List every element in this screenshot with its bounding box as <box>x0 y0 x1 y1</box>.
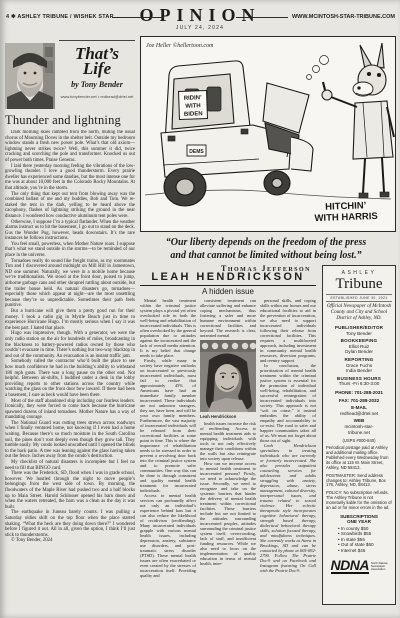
article-body: Dark morning skies rambled from the nort… <box>5 130 135 592</box>
ndna-logo: NDNA North DakotaNewspaperAssociation <box>326 558 392 574</box>
text-line: POSTMASTER: Send address changes to: Ash… <box>326 474 392 489</box>
editorial-cartoon-drawing: Joe Heller ©hellertoon.com <box>141 37 395 231</box>
text-line: Mental health treatment within the crimi… <box>140 298 196 358</box>
newspaper-opinion-page: 4 ✱ ASHLEY TRIBUNE / WISHEK STAR OPINION… <box>0 0 400 618</box>
text-line: PHONE: 701-288-2031 <box>326 390 392 396</box>
text-line: The earthquake in Juneau barely counts. … <box>5 510 135 538</box>
ndna-association-text: North DakotaNewspaperAssociation <box>371 562 387 572</box>
leah-hendrickson-article: LEAH HENDRICKSON A hidden issue Mental h… <box>140 271 316 600</box>
text-line: There was the Frederick, SD, flood when … <box>5 471 135 510</box>
masthead-paper-name: Tribune <box>326 277 392 292</box>
text-line: Dark morning skies rambled from the nort… <box>5 130 135 164</box>
text-line: Otherwise, I suppose I’m a typical flatl… <box>5 220 135 242</box>
column2-bottom: health issues increase the risk of reoff… <box>200 421 256 566</box>
subscriptions-subtitle: ONE YEAR <box>326 519 392 525</box>
text-line: Periodical postage paid at Ashley and ad… <box>326 446 392 471</box>
text-line: Most of the staff abandoned ship includi… <box>5 399 135 421</box>
text-line: Tornadoes really do sound like freight t… <box>5 259 135 309</box>
official-newspaper-note: Official Newspaper of McIntosh County an… <box>326 304 392 322</box>
header-rule-left <box>112 17 164 18</box>
column2-top: consistent treatment can alleviate suffe… <box>200 298 256 338</box>
dems-license-plate: DEMS <box>187 145 206 156</box>
header-underline <box>140 285 316 286</box>
sticker-line3: BIDEN <box>184 111 203 118</box>
democrat-donkey <box>322 43 394 198</box>
leah-hendrickson-photo <box>200 340 256 412</box>
column-title: That’s Life <box>59 46 135 76</box>
text-line: Somebody called the contractor who’d bui… <box>5 359 135 398</box>
usps-number: (USPS #000-840) <box>326 438 392 443</box>
text-line: But a hurricane will give them a pretty … <box>5 309 135 331</box>
legal-block: Periodical postage paid at Ashley and ad… <box>326 446 392 511</box>
text-line: POLICY: No subscription refunds. The Ash… <box>326 491 392 511</box>
tony-bender-photo <box>5 43 55 109</box>
column-byline: by Tony Bender <box>59 80 135 89</box>
thats-life-title-block: That’s Life by Tony Bender www.tonybende… <box>59 43 135 109</box>
plate-text: DEMS <box>189 149 204 155</box>
masthead-established: ESTABLISHED JUNE 30, 1921 <box>326 294 392 302</box>
cartoonist-signature: Joe Heller ©hellertoon.com <box>146 42 214 49</box>
text-line: redhead@drtel.net <box>326 411 392 417</box>
columnist-name-header: LEAH HENDRICKSON <box>140 271 316 283</box>
article-subheadline: A hidden issue <box>140 287 316 296</box>
text-line: In conclusion, the prioritization of men… <box>260 363 316 443</box>
subscription-rates: • In county $50• Snowbirds $55• In state… <box>326 526 392 554</box>
cartoon-caption: HITCHIN’ WITH HARRIS <box>314 200 378 224</box>
column-title-line2: Life <box>59 61 135 76</box>
author-bio: Leah Hendrickson specializes in treating… <box>260 443 316 573</box>
text-line: The National Guard was cutting trees str… <box>5 421 135 460</box>
photo-caption: Leah Hendrickson <box>200 414 256 419</box>
text-line: tribune.net <box>326 430 392 436</box>
author-contact: www.tonybender.net • redhead@drtel.net <box>59 94 135 99</box>
issue-date: JULY 24, 2024 <box>0 25 400 31</box>
article-column-2: consistent treatment can alleviate suffe… <box>200 298 256 600</box>
text-line: I laid there yesterday morning feeling t… <box>5 164 135 192</box>
column3-body: personal skills, and coping skills withi… <box>260 298 316 443</box>
article-columns: Mental health treatment within the crimi… <box>140 298 316 600</box>
subscriptions-block: SUBSCRIPTIONS ONE YEAR • In county $50• … <box>326 514 392 554</box>
text-line: Tony Bender <box>326 331 392 337</box>
quote-line1: “Our liberty depends on the freedom of t… <box>134 237 398 250</box>
text-line: Firstly, while many in society have nega… <box>140 358 196 493</box>
website-url: WWW.MCINTOSH-STAR-TRIBUNE.COM <box>292 14 395 20</box>
article-column-3: personal skills, and coping skills withi… <box>260 298 316 600</box>
sticker-line1: RIDIN’ <box>184 95 203 102</box>
broken-down-car <box>161 56 329 207</box>
text-line: The only thing that kept our tent from b… <box>5 192 135 220</box>
ndna-acronym: NDNA <box>331 558 369 574</box>
text-line: health issues increase the risk of reoff… <box>200 421 256 461</box>
text-line: PUBLISHER/EDITOR <box>326 325 392 331</box>
contact-block: PHONE: 701-288-2031FAX: 701-288-2032E-MA… <box>326 390 392 435</box>
article-column-1: Mental health treatment within the crimi… <box>140 298 196 600</box>
text-line: India Bender <box>326 368 392 374</box>
text-line: Thurs -Fri 8:30-3:00 <box>326 381 392 387</box>
text-line: © Tony Bender, 2024 <box>5 538 135 544</box>
text-line: How can we increase access to mental hea… <box>200 461 256 566</box>
editorial-cartoon-box: Joe Heller ©hellertoon.com <box>140 36 396 232</box>
staff-list: PUBLISHER/EDITORTony BenderBOOKKEEPINGEl… <box>326 325 392 387</box>
text-line: Hugo was impressive, though. With a gene… <box>5 331 135 359</box>
masthead-sidebar: ASHLEY Tribune ESTABLISHED JUNE 30, 1921… <box>322 265 396 605</box>
text-line: • Internet $45 <box>332 548 392 554</box>
thats-life-header: That’s Life by Tony Bender www.tonybende… <box>5 43 135 109</box>
column-top-rule <box>59 40 135 41</box>
text-line: FAX: 701-288-2032 <box>326 398 392 404</box>
text-line: My checklist of natural disasters is inc… <box>5 460 135 471</box>
article-headline: Thunder and lightning <box>5 114 135 127</box>
text-line: personal skills, and coping skills withi… <box>260 298 316 363</box>
header-rule-right <box>236 17 288 18</box>
thats-life-column: That’s Life by Tony Bender www.tonybende… <box>5 40 135 592</box>
caption-line2: WITH HARRIS <box>314 211 378 224</box>
text-line: Association <box>371 568 387 571</box>
text-line: Dylan Bender <box>326 349 392 355</box>
ridin-with-biden-sticker: RIDIN’ WITH BIDEN <box>179 91 208 120</box>
text-line: You feel small, powerless, when Mother N… <box>5 242 135 259</box>
sticker-line2: WITH <box>185 103 201 110</box>
text-line: Access to mental health services can pro… <box>140 493 196 578</box>
text-line: consistent treatment can alleviate suffe… <box>200 298 256 338</box>
columnist-photo-figure: Leah Hendrickson <box>200 340 256 419</box>
quote-line2: and that cannot be limited without being… <box>134 250 398 263</box>
